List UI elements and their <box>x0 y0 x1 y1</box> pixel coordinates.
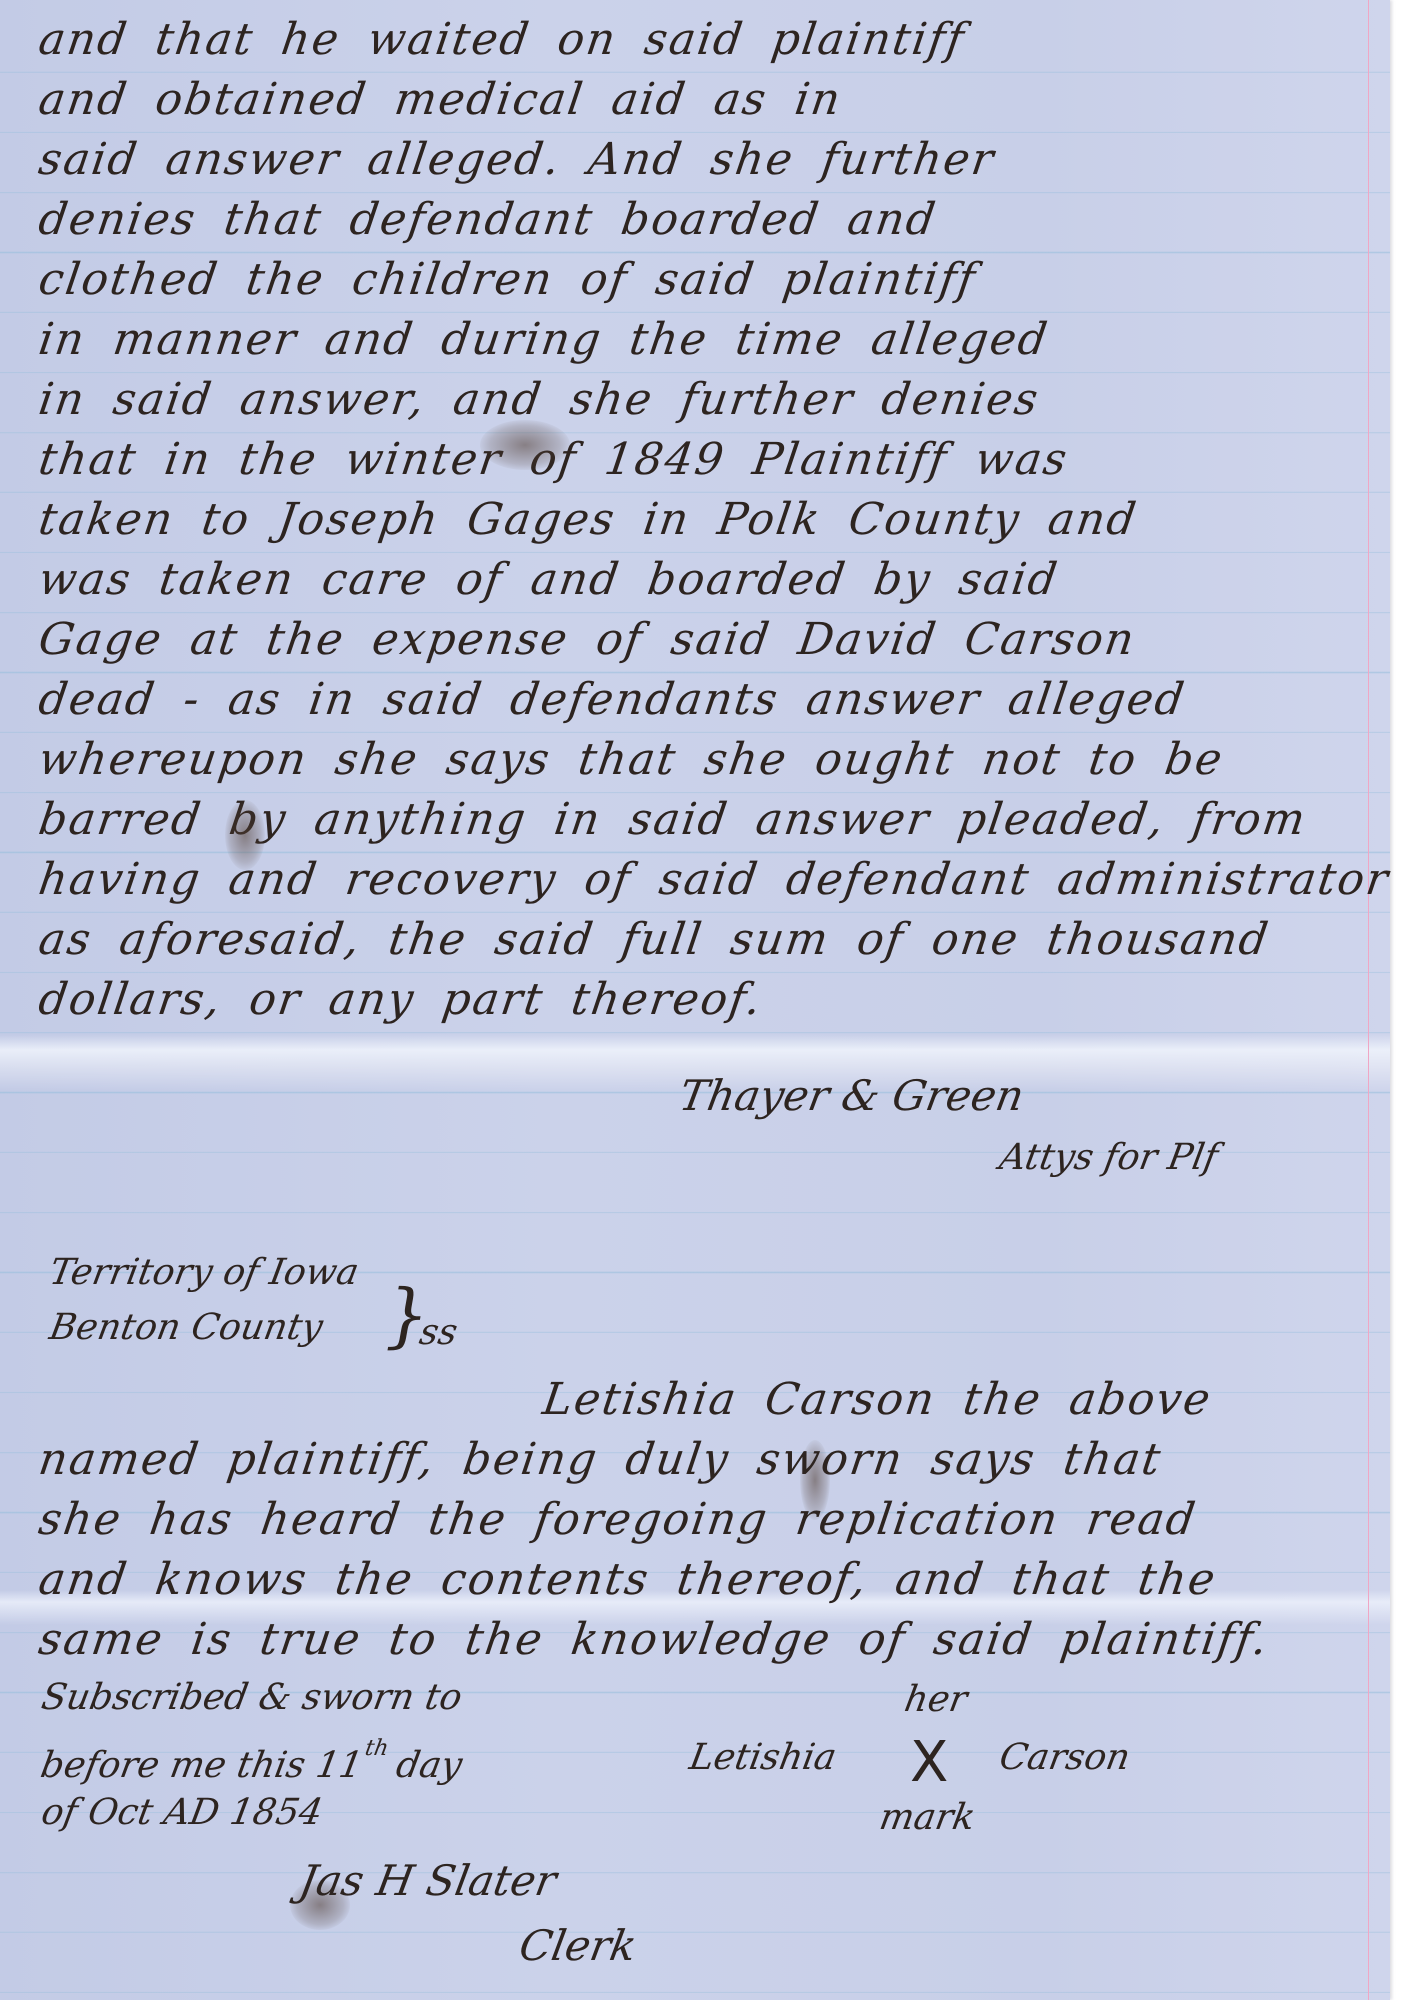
affiant-her: her <box>902 1682 970 1718</box>
jurat-line-2: before me this 11th day <box>38 1738 467 1784</box>
body-line-12: dead - as in said defendants answer alle… <box>36 678 1342 722</box>
affiant-first-name: Letishia <box>687 1740 839 1776</box>
body-line-13: whereupon she says that she ought not to… <box>36 738 1342 782</box>
affidavit-line-4: and knows the contents thereof, and that… <box>36 1558 1342 1602</box>
body-line-11: Gage at the expense of said David Carson <box>36 618 1342 662</box>
affidavit-line-3: she has heard the foregoing replication … <box>36 1498 1342 1542</box>
jurat-line-1: Subscribed & sworn to <box>39 1680 465 1716</box>
clerk-title: Clerk <box>516 1925 639 1967</box>
margin-line <box>1368 0 1369 2000</box>
affidavit-line-5: same is true to the knowledge of said pl… <box>36 1618 1342 1662</box>
body-line-16: as aforesaid, the said full sum of one t… <box>36 918 1342 962</box>
affidavit-line-1: Letishia Carson the above <box>540 1378 1346 1422</box>
body-line-7: in said answer, and she further denies <box>36 378 1342 422</box>
jurat-date-suffix: th <box>363 1736 390 1761</box>
body-line-4: denies that defendant boarded and <box>36 198 1342 242</box>
venue-territory: Territory of Iowa <box>47 1255 362 1291</box>
body-line-2: and obtained medical aid as in <box>36 78 1342 122</box>
affidavit-line-2: named plaintiff, being duly sworn says t… <box>36 1438 1342 1482</box>
jurat-line-3: of Oct AD 1854 <box>39 1795 325 1831</box>
body-line-15: having and recovery of said defendant ad… <box>36 858 1342 902</box>
body-line-9: taken to Joseph Gages in Polk County and <box>36 498 1342 542</box>
body-line-10: was taken care of and boarded by said <box>36 558 1342 602</box>
clerk-signature: Jas H Slater <box>296 1860 559 1902</box>
affiant-mark-label: mark <box>877 1800 978 1836</box>
document-page: and that he waited on said plaintiff and… <box>0 0 1390 2000</box>
attorney-signature: Thayer & Green <box>676 1075 1027 1117</box>
jurat-day: day <box>393 1745 465 1786</box>
venue-county: Benton County <box>47 1310 325 1346</box>
affiant-last-name: Carson <box>997 1740 1133 1776</box>
jurat-date-text: before me this 11 <box>38 1745 366 1786</box>
ink-smudge <box>480 420 570 470</box>
body-line-6: in manner and during the time alleged <box>36 318 1342 362</box>
body-line-8: that in the winter of 1849 Plaintiff was <box>36 438 1342 482</box>
venue-ss: ss <box>417 1315 460 1351</box>
affiant-x-mark: X <box>910 1735 948 1791</box>
body-line-3: said answer alleged. And she further <box>36 138 1342 182</box>
body-line-5: clothed the children of said plaintiff <box>36 258 1342 302</box>
body-line-1: and that he waited on said plaintiff <box>36 18 1342 62</box>
body-line-17: dollars, or any part thereof. <box>36 978 1342 1022</box>
attorney-title: Attys for Plf <box>997 1140 1221 1176</box>
ink-smudge <box>225 800 265 870</box>
